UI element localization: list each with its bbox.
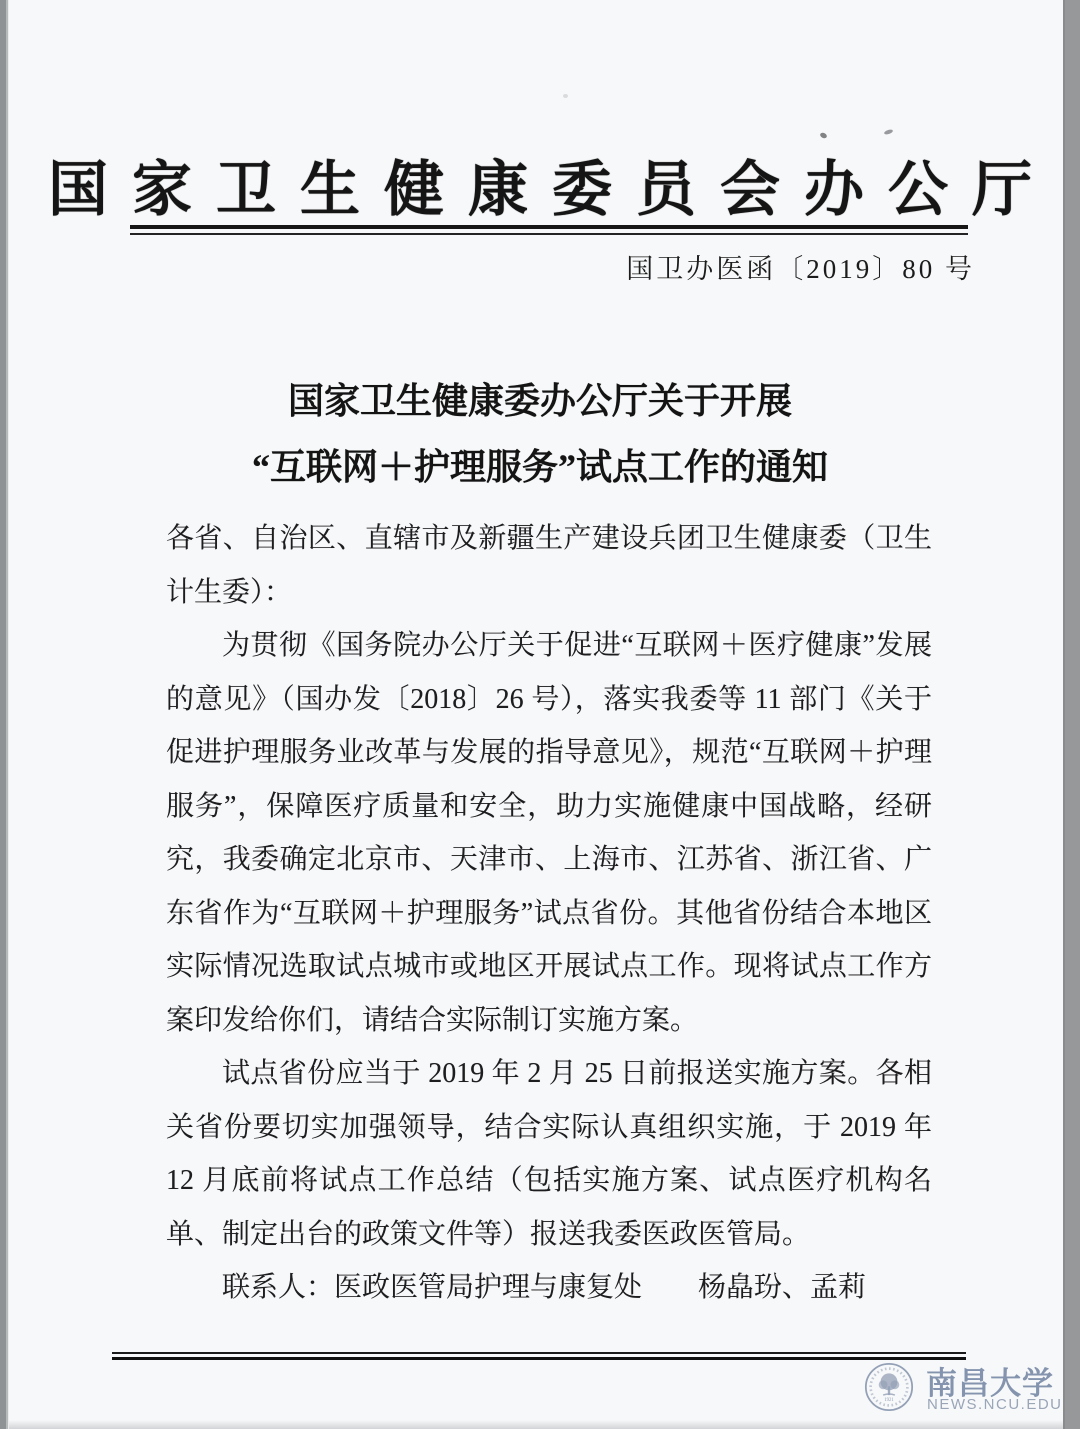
scan-edge-bottom (9, 1420, 1063, 1429)
salutation: 各省、自治区、直辖市及新疆生产建设兵团卫生健康委（卫生计生委）： (166, 512, 932, 619)
contact-line: 联系人：医政医管局护理与康复处 杨皛玢、孟莉 (166, 1261, 932, 1315)
document-body: 各省、自治区、直辖市及新疆生产建设兵团卫生健康委（卫生计生委）： 为贯彻《国务院… (166, 512, 932, 1315)
document-title-line-2: “互联网＋护理服务”试点工作的通知 (0, 434, 1080, 500)
watermark-site-url: NEWS.NCU.EDU.CN (927, 1396, 1080, 1413)
body-paragraph-1: 为贯彻《国务院办公厅关于促进“互联网＋医疗健康”发展的意见》（国办发〔2018〕… (166, 619, 932, 1047)
document-title-line-1: 国家卫生健康委办公厅关于开展 (0, 368, 1080, 434)
document-number: 国卫办医函〔2019〕80 号 (130, 247, 975, 286)
scanned-document-page: 国家卫生健康委员会办公厅 国卫办医函〔2019〕80 号 国家卫生健康委办公厅关… (0, 0, 1080, 1429)
nanchang-university-seal-icon: 1921 (864, 1362, 914, 1412)
document-title: 国家卫生健康委办公厅关于开展 “互联网＋护理服务”试点工作的通知 (0, 368, 1080, 500)
letterhead-agency-title: 国家卫生健康委员会办公厅 (0, 142, 1080, 228)
scan-speck (884, 129, 894, 136)
seal-year-text: 1921 (884, 1398, 894, 1403)
scan-speck (563, 94, 568, 98)
scan-speck (819, 132, 827, 139)
scan-edge-right (1063, 0, 1080, 1429)
scan-edge-left (0, 0, 9, 1429)
watermark: 1921 南昌大学 NEWS.NCU.EDU.CN (860, 1352, 1080, 1429)
letterhead-double-rule (130, 225, 968, 235)
footer-double-rule (112, 1352, 966, 1360)
body-paragraph-2: 试点省份应当于 2019 年 2 月 25 日前报送实施方案。各相关省份要切实加… (166, 1047, 932, 1261)
